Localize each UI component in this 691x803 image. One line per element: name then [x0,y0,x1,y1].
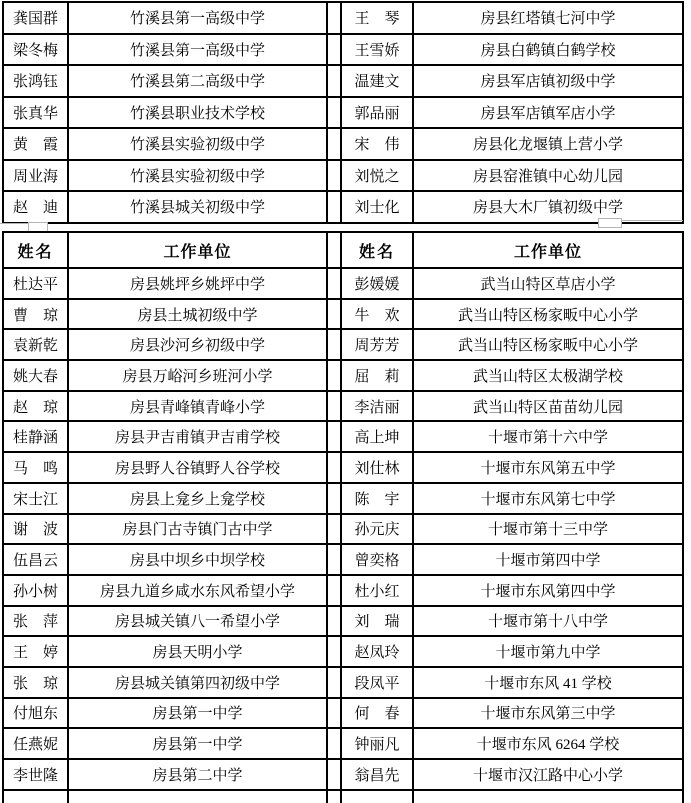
separator-cell [327,65,341,97]
name-cell: 张鸿钰 [3,65,68,97]
separator-cell [327,299,341,330]
unit-cell: 房县土城初级中学 [68,299,327,330]
unit-cell: 十堰市东风 6264 学校 [413,728,683,759]
name-cell: 王雪娇 [341,34,413,66]
separator-cell [327,636,341,667]
separator-cell [327,667,341,698]
roster-table-main: 姓名 工作单位 姓名 工作单位 杜达平房县姚坪乡姚坪中学彭媛媛武当山特区草店小学… [2,231,684,803]
col-header-unit-right: 工作单位 [413,232,683,268]
name-cell: 孙元庆 [341,514,413,545]
separator-cell [327,606,341,637]
table-row: 马 鸣房县野人谷镇野人谷学校刘仕林十堰市东风第五中学 [3,452,683,483]
separator-cell [327,329,341,360]
name-cell: 张真华 [3,97,68,129]
name-cell: 伍昌云 [3,544,68,575]
separator-cell [327,514,341,545]
name-cell: 彭媛媛 [341,268,413,299]
unit-cell: 武当山特区草店小学 [413,268,683,299]
name-cell: 刘悦之 [341,160,413,192]
col-header-unit-left: 工作单位 [68,232,327,268]
table-row: 宋士江房县上龛乡上龛学校陈 宇十堰市东风第七中学 [3,483,683,514]
name-cell: 刘 瑞 [341,606,413,637]
separator-cell [327,421,341,452]
unit-cell: 十堰市第十三中学 [413,514,683,545]
separator-cell [327,544,341,575]
unit-cell: 十堰市东风第七中学 [413,483,683,514]
name-cell: 周业海 [3,160,68,192]
unit-cell: 十堰市第十六中学 [413,421,683,452]
unit-cell: 十堰市第四中学 [413,544,683,575]
unit-cell: 房县第二中学 [68,759,327,790]
header-row: 姓名 工作单位 姓名 工作单位 [3,232,683,268]
table-boundary-handle [598,218,622,228]
separator-cell [327,575,341,606]
unit-cell: 十堰市东风 41 学校 [413,667,683,698]
name-cell: 谢 波 [3,514,68,545]
table-row: 赵 迪竹溪县城关初级中学刘士化房县大木厂镇初级中学 [3,191,683,223]
name-cell: 陈 宇 [341,483,413,514]
name-cell: 张 琼 [3,667,68,698]
table-row-partial [3,790,683,803]
unit-cell: 竹溪县职业技术学校 [68,97,327,129]
unit-cell: 房县白鹤镇白鹤学校 [413,34,683,66]
unit-cell: 房县青峰镇青峰小学 [68,391,327,422]
name-cell: 李世隆 [3,759,68,790]
name-cell: 王 琴 [341,2,413,34]
name-cell: 宋 伟 [341,128,413,160]
separator-cell [327,360,341,391]
table-row: 曹 琼房县土城初级中学牛 欢武当山特区杨家畈中心小学 [3,299,683,330]
empty-cell [413,790,683,803]
table-row: 黄 霞竹溪县实验初级中学宋 伟房县化龙堰镇上营小学 [3,128,683,160]
unit-cell: 竹溪县城关初级中学 [68,191,327,223]
name-cell: 桂静涵 [3,421,68,452]
table-row: 张鸿钰竹溪县第二高级中学温建文房县军店镇初级中学 [3,65,683,97]
empty-cell [3,790,68,803]
unit-cell: 房县万峪河乡班河小学 [68,360,327,391]
table-row: 孙小树房县九道乡咸水东风希望小学杜小红十堰市东风第四中学 [3,575,683,606]
table-row: 张 琼房县城关镇第四初级中学段凤平十堰市东风 41 学校 [3,667,683,698]
table-row: 周业海竹溪县实验初级中学刘悦之房县窑淮镇中心幼儿园 [3,160,683,192]
name-cell: 钟丽凡 [341,728,413,759]
separator-cell [327,698,341,729]
name-cell: 高上坤 [341,421,413,452]
name-cell: 牛 欢 [341,299,413,330]
empty-cell [341,790,413,803]
table-row: 姚大春房县万峪河乡班河小学屈 莉武当山特区太极湖学校 [3,360,683,391]
separator-cell [327,391,341,422]
unit-cell: 竹溪县实验初级中学 [68,128,327,160]
separator-cell [327,268,341,299]
unit-cell: 房县沙河乡初级中学 [68,329,327,360]
name-cell: 杜达平 [3,268,68,299]
unit-cell: 房县第一中学 [68,728,327,759]
name-cell: 翁昌先 [341,759,413,790]
name-cell: 李洁丽 [341,391,413,422]
name-cell: 郭品丽 [341,97,413,129]
unit-cell: 竹溪县第一高级中学 [68,2,327,34]
name-cell: 何 春 [341,698,413,729]
unit-cell: 竹溪县第二高级中学 [68,65,327,97]
unit-cell: 房县军店镇军店小学 [413,97,683,129]
name-cell: 梁冬梅 [3,34,68,66]
name-cell: 杜小红 [341,575,413,606]
unit-cell: 十堰市第九中学 [413,636,683,667]
name-cell: 段凤平 [341,667,413,698]
name-cell: 龚国群 [3,2,68,34]
separator-cell [327,483,341,514]
unit-cell: 武当山特区苗苗幼儿园 [413,391,683,422]
unit-cell: 武当山特区杨家畈中心小学 [413,299,683,330]
col-header-name-left: 姓名 [3,232,68,268]
unit-cell: 房县天明小学 [68,636,327,667]
unit-cell: 武当山特区杨家畈中心小学 [413,329,683,360]
name-cell: 黄 霞 [3,128,68,160]
name-cell: 马 鸣 [3,452,68,483]
name-cell: 赵 迪 [3,191,68,223]
separator-cell [327,790,341,803]
col-header-name-right: 姓名 [341,232,413,268]
name-cell: 刘仕林 [341,452,413,483]
unit-cell: 房县野人谷镇野人谷学校 [68,452,327,483]
table-row: 张 萍房县城关镇八一希望小学刘 瑞十堰市第十八中学 [3,606,683,637]
name-cell: 袁新乾 [3,329,68,360]
empty-cell [68,790,327,803]
name-cell: 张 萍 [3,606,68,637]
name-cell: 姚大春 [3,360,68,391]
separator-cell [327,128,341,160]
table-row: 王 婷房县天明小学赵凤玲十堰市第九中学 [3,636,683,667]
name-cell: 周芳芳 [341,329,413,360]
unit-cell: 十堰市东风第三中学 [413,698,683,729]
name-cell: 宋士江 [3,483,68,514]
unit-cell: 房县第一中学 [68,698,327,729]
name-cell: 温建文 [341,65,413,97]
unit-cell: 房县上龛乡上龛学校 [68,483,327,514]
separator-cell [327,191,341,223]
table-boundary-line [0,223,28,224]
separator-cell [327,34,341,66]
separator-cell [327,728,341,759]
unit-cell: 房县城关镇八一希望小学 [68,606,327,637]
table-row: 任燕妮房县第一中学钟丽凡十堰市东风 6264 学校 [3,728,683,759]
table-row: 张真华竹溪县职业技术学校郭品丽房县军店镇军店小学 [3,97,683,129]
table-row: 梁冬梅竹溪县第一高级中学王雪娇房县白鹤镇白鹤学校 [3,34,683,66]
unit-cell: 房县九道乡咸水东风希望小学 [68,575,327,606]
unit-cell: 竹溪县第一高级中学 [68,34,327,66]
table-row: 伍昌云房县中坝乡中坝学校曾奕格十堰市第四中学 [3,544,683,575]
name-cell: 任燕妮 [3,728,68,759]
table-row: 付旭东房县第一中学何 春十堰市东风第三中学 [3,698,683,729]
unit-cell: 十堰市第十八中学 [413,606,683,637]
separator-cell [327,452,341,483]
unit-cell: 房县城关镇第四初级中学 [68,667,327,698]
table-boundary-line [621,220,683,221]
separator-column-header [327,232,341,268]
roster-table-top: 龚国群竹溪县第一高级中学王 琴房县红塔镇七河中学梁冬梅竹溪县第一高级中学王雪娇房… [2,1,684,224]
unit-cell: 十堰市东风第四中学 [413,575,683,606]
table-row: 桂静涵房县尹吉甫镇尹吉甫学校高上坤十堰市第十六中学 [3,421,683,452]
separator-cell [327,160,341,192]
unit-cell: 房县军店镇初级中学 [413,65,683,97]
name-cell: 王 婷 [3,636,68,667]
table-row: 袁新乾房县沙河乡初级中学周芳芳武当山特区杨家畈中心小学 [3,329,683,360]
separator-cell [327,97,341,129]
separator-cell [327,2,341,34]
name-cell: 屈 莉 [341,360,413,391]
name-cell: 赵 琼 [3,391,68,422]
unit-cell: 竹溪县实验初级中学 [68,160,327,192]
unit-cell: 房县姚坪乡姚坪中学 [68,268,327,299]
table-row: 龚国群竹溪县第一高级中学王 琴房县红塔镇七河中学 [3,2,683,34]
name-cell: 付旭东 [3,698,68,729]
table-row: 谢 波房县门古寺镇门古中学孙元庆十堰市第十三中学 [3,514,683,545]
name-cell: 曾奕格 [341,544,413,575]
unit-cell: 房县门古寺镇门古中学 [68,514,327,545]
unit-cell: 十堰市汉江路中心小学 [413,759,683,790]
name-cell: 孙小树 [3,575,68,606]
unit-cell: 房县中坝乡中坝学校 [68,544,327,575]
table-row: 赵 琼房县青峰镇青峰小学李洁丽武当山特区苗苗幼儿园 [3,391,683,422]
name-cell: 刘士化 [341,191,413,223]
separator-cell [327,759,341,790]
table-row: 杜达平房县姚坪乡姚坪中学彭媛媛武当山特区草店小学 [3,268,683,299]
unit-cell: 房县大木厂镇初级中学 [413,191,683,223]
unit-cell: 房县化龙堰镇上营小学 [413,128,683,160]
name-cell: 赵凤玲 [341,636,413,667]
table-row: 李世隆房县第二中学翁昌先十堰市汉江路中心小学 [3,759,683,790]
unit-cell: 十堰市东风第五中学 [413,452,683,483]
unit-cell: 房县尹吉甫镇尹吉甫学校 [68,421,327,452]
unit-cell: 武当山特区太极湖学校 [413,360,683,391]
name-cell: 曹 琼 [3,299,68,330]
unit-cell: 房县红塔镇七河中学 [413,2,683,34]
unit-cell: 房县窑淮镇中心幼儿园 [413,160,683,192]
